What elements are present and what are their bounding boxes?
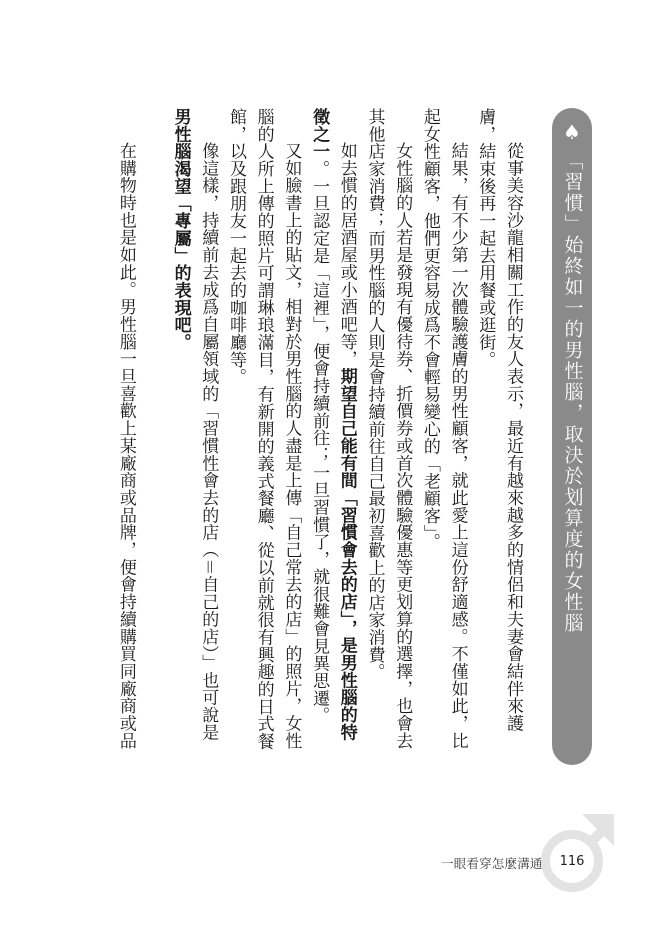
page-number: 116 bbox=[552, 854, 592, 869]
text-segment: 如去慣的居酒屋或小酒吧等， bbox=[337, 142, 357, 368]
text-segment: 結果，有不少第一次體驗護膚的男性顧客，就此愛上這份舒適感。不僅如此，比起女性顧客… bbox=[420, 108, 468, 749]
paragraph: 又如臉書上的貼文，相對於男性腦的人盡是上傳「自己常去的店」的照片，女性腦的人所上… bbox=[221, 108, 304, 750]
text-segment: 在購物時也是如此。男性腦一旦喜歡上某廠商或品牌，便會持續購買同廠商或品 bbox=[116, 142, 136, 749]
paragraph: 從事美容沙龍相關工作的友人表示，最近有越來越多的情侶和夫妻會結伴來護膚，結束後再… bbox=[471, 108, 526, 750]
mars-icon bbox=[510, 798, 640, 898]
section-title: 「習慣」始終如一的男性腦，取決於划算度的女性腦 bbox=[563, 151, 582, 634]
paragraph: 如去慣的居酒屋或小酒吧等，期望自己能有間「習慣會去的店」，是男性腦的特徵之一。一… bbox=[304, 108, 359, 750]
text-segment: 從事美容沙龍相關工作的友人表示，最近有越來越多的情侶和夫妻會結伴來護膚，結束後再… bbox=[475, 108, 523, 732]
emphasis-text: 男性腦渴望「專屬」的表現吧。 bbox=[171, 108, 191, 351]
paragraph: 女性腦的人若是發現有優待券、折價券或首次體驗優惠等更划算的選擇，也會去其他店家消… bbox=[360, 108, 415, 750]
text-segment: 又如臉書上的貼文，相對於男性腦的人盡是上傳「自己常去的店」的照片，女性腦的人所上… bbox=[226, 108, 301, 750]
spade-icon: ♠ bbox=[563, 122, 581, 142]
text-segment: 。一旦認定是「這裡」，便會持續前往；一旦習慣了，就很難會見異思遷。 bbox=[309, 160, 329, 724]
text-segment: 女性腦的人若是發現有優待券、折價券或首次體驗優惠等更划算的選擇，也會去其他店家消… bbox=[364, 108, 412, 749]
body-text: 從事美容沙龍相關工作的友人表示，最近有越來越多的情侶和夫妻會結伴來護膚，結束後再… bbox=[111, 108, 526, 750]
paragraph: 結果，有不少第一次體驗護膚的男性顧客，就此愛上這份舒適感。不僅如此，比起女性顧客… bbox=[415, 108, 470, 750]
book-page: ♠ 「習慣」始終如一的男性腦，取決於划算度的女性腦 從事美容沙龍相關工作的友人表… bbox=[0, 0, 663, 932]
paragraph: 像這樣，持續前去成爲自屬領域的「習慣性會去的店（＝自己的店）」也可說是男性腦渴望… bbox=[166, 108, 221, 750]
paragraph: 在購物時也是如此。男性腦一旦喜歡上某廠商或品牌，便會持續購買同廠商或品 bbox=[111, 108, 139, 750]
text-segment: 像這樣，持續前去成爲自屬領域的「習慣性會去的店（＝自己的店）」也可說是 bbox=[198, 142, 218, 741]
section-title-capsule: ♠ 「習慣」始終如一的男性腦，取決於划算度的女性腦 bbox=[552, 108, 592, 765]
